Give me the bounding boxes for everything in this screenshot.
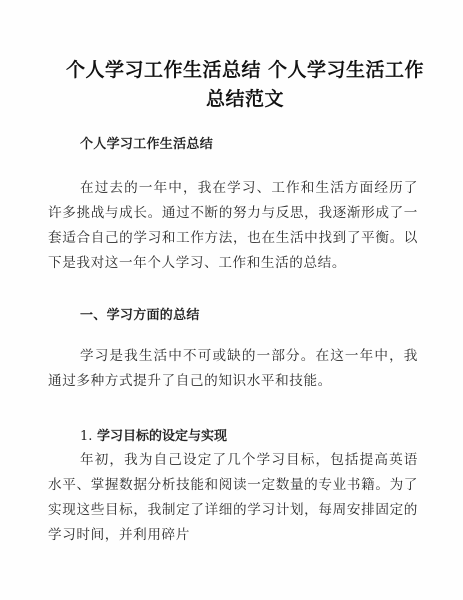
section-title: 个人学习工作生活总结	[80, 133, 213, 152]
study-goals-paragraph: 年初，我为自己设定了几个学习目标，包括提高英语水平、掌握数据分析技能和阅读一定数…	[48, 448, 418, 548]
subheading-number: 1.	[80, 429, 92, 444]
document-title: 个人学习工作生活总结 个人学习生活工作总结范文	[60, 56, 430, 114]
intro-paragraph: 在过去的一年中，我在学习、工作和生活方面经历了许多挑战与成长。通过不断的努力与反…	[48, 176, 418, 276]
subheading-text: 学习目标的设定与实现	[97, 429, 227, 444]
subheading-study-goals: 1. 学习目标的设定与实现	[80, 425, 227, 444]
heading-study-summary: 一、学习方面的总结	[80, 304, 200, 323]
study-summary-paragraph: 学习是我生活中不可或缺的一部分。在这一年中，我通过多种方式提升了自己的知识水平和…	[48, 344, 418, 394]
document-page: 个人学习工作生活总结 个人学习生活工作总结范文 个人学习工作生活总结 在过去的一…	[0, 0, 463, 600]
